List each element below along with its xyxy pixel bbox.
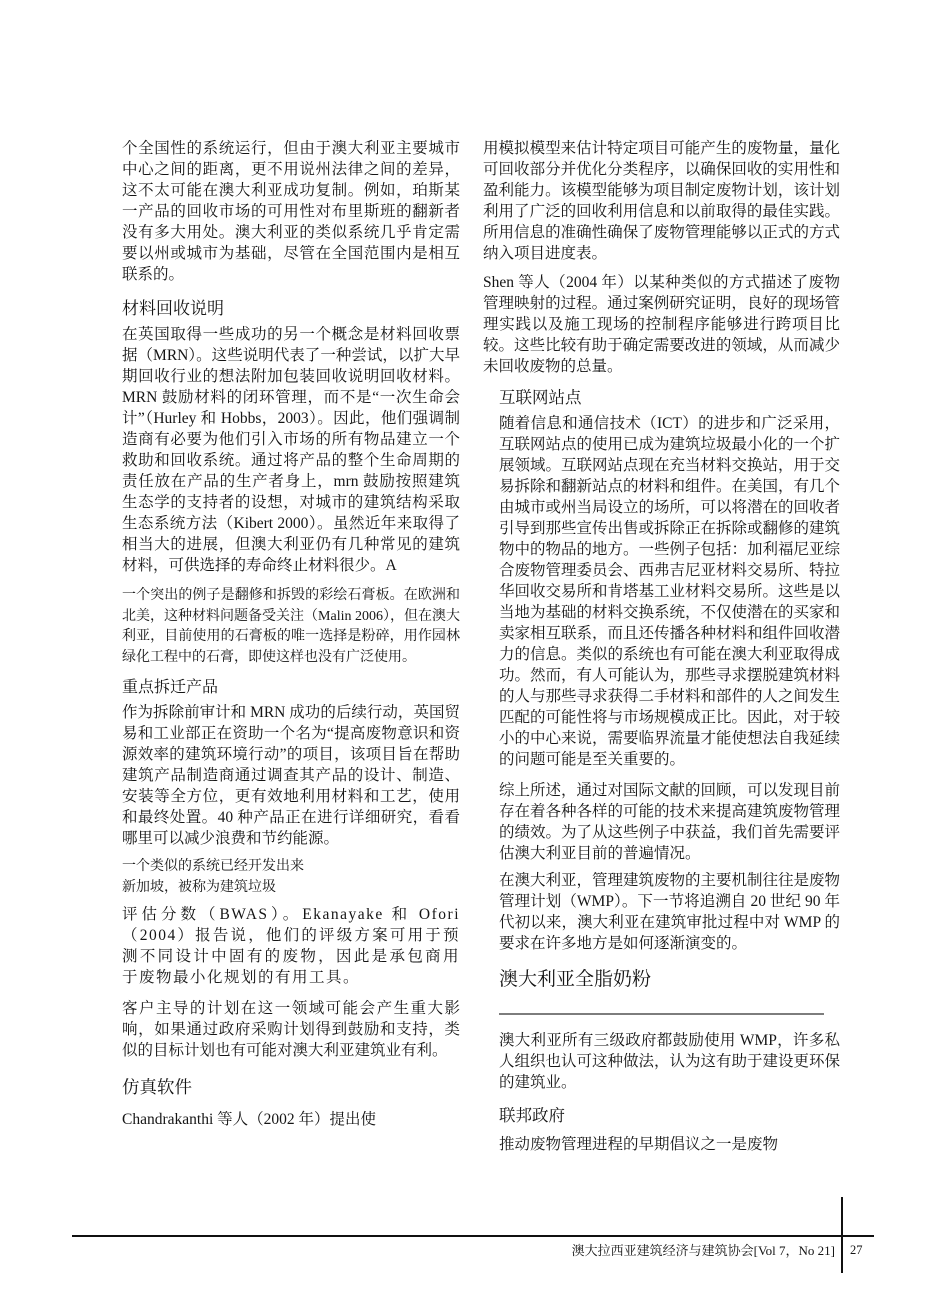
heading-material-recovery-notes: 材料回收说明 [122,294,460,319]
paragraph-federal-initiative: 推动废物管理进程的早期倡议之一是废物 [499,1134,840,1155]
left-column: 个全国性的系统运行，但由于澳大利亚主要城市中心之间的距离，更不用说州法律之间的差… [122,138,460,1130]
paragraph-bwas-lead: 一个类似的系统已经开发出来 新加坡，被称为建筑垃圾 [122,857,460,898]
paragraph-mrn: 在英国取得一些成功的另一个概念是材料回收票据（MRN）。这些说明代表了一种尝试，… [122,324,460,576]
paragraph-plasterboard: 一个突出的例子是翻修和拆毁的彩绘石膏板。在欧洲和北美，这种材料问题备受关注（Ma… [122,586,460,668]
paragraph-client-programs: 客户主导的计划在这一领域可能会产生重大影响，如果通过政府采购计划得到鼓励和支持，… [122,998,460,1061]
heading-internet-sites: 互联网站点 [499,384,840,408]
heading-simulation-software: 仿真软件 [122,1074,460,1099]
paragraph-chandrakanthi: Chandrakanthi 等人（2002 年）提出使 [122,1109,460,1130]
paragraph-bwas: 评估分数（BWAS）。Ekanayake 和 Ofori（2004）报告说，他们… [122,904,460,988]
paragraph-simulation-model: 用模拟模型来估计特定项目可能产生的废物量，量化可回收部分并优化分类程序，以确保回… [483,138,840,264]
heading-federal-government: 联邦政府 [499,1102,840,1126]
footer-horizontal-rule [72,1235,874,1237]
paragraph-demolition: 作为拆除前审计和 MRN 成功的后续行动，英国贸易和工业部正在资助一个名为“提高… [122,702,460,849]
heading-wmp-in-australia: 澳大利亚全脂奶粉 [499,964,840,991]
paragraph-national-system: 个全国性的系统运行，但由于澳大利亚主要城市中心之间的距离，更不用说州法律之间的差… [122,138,460,285]
paragraph-shen: Shen 等人（2004 年）以某种类似的方式描述了废物管理映射的过程。通过案例… [483,272,840,377]
right-column: 用模拟模型来估计特定项目可能产生的废物量，量化可回收部分并优化分类程序，以确保回… [483,138,840,1155]
footer-vertical-rule [841,1197,843,1273]
paragraph-summary: 综上所述，通过对国际文献的回顾，可以发现目前存在着各种各样的可能的技术来提高建筑… [499,780,840,864]
paragraph-governments: 澳大利亚所有三级政府都鼓励使用 WMP，许多私人组织也认可这种做法，认为这有助于… [499,1030,840,1093]
paragraph-internet-sites: 随着信息和通信技术（ICT）的进步和广泛采用，互联网站点的使用已成为建筑垃圾最小… [499,413,840,770]
paragraph-wmp-mechanism: 在澳大利亚，管理建筑废物的主要机制往往是废物管理计划（WMP）。下一节将追溯自 … [499,870,840,954]
document-page: { "article": { "left": { "para_intro": "… [0,0,925,1308]
journal-title: 澳大拉西亚建筑经济与建筑协会[Vol 7，No 21] [380,1243,835,1259]
page-number: 27 [850,1242,863,1258]
section-divider-rule [499,1013,824,1015]
heading-demolition-products: 重点拆迁产品 [122,674,460,697]
